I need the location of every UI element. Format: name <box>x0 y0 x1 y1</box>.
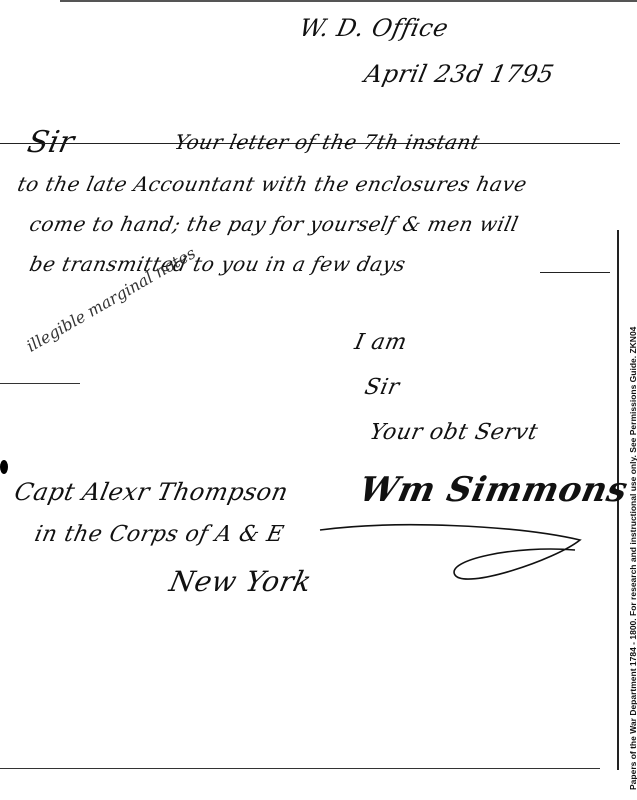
closing-line-2: Sir <box>362 375 401 400</box>
closing-line-1: I am <box>352 330 409 355</box>
body-line-4: be transmitted to you in a few days <box>27 252 408 276</box>
document-page: W. D. Office April 23d 1795 Sir Your let… <box>0 0 637 800</box>
addressee-line-1: Capt Alexr Thompson <box>12 478 291 506</box>
body-line-3: come to hand; the pay for yourself & men… <box>27 212 520 236</box>
heading-date: April 23d 1795 <box>362 60 557 88</box>
signature-flourish <box>315 520 595 600</box>
page-bottom-edge <box>0 768 600 769</box>
heading-office: W. D. Office <box>297 14 451 42</box>
page-top-edge <box>60 0 637 2</box>
page-left-fold-mark <box>0 383 80 384</box>
line-end-dash <box>540 272 610 273</box>
body-line-2: to the late Accountant with the enclosur… <box>15 172 529 196</box>
closing-line-3: Your obt Servt <box>367 420 540 445</box>
body-line-1: Your letter of the 7th instant <box>172 130 482 154</box>
archive-watermark: Papers of the War Department 1784 - 1800… <box>628 327 637 790</box>
addressee-line-2: in the Corps of A & E <box>32 522 286 547</box>
ink-blot <box>0 460 8 474</box>
addressee-line-3: New York <box>166 565 314 598</box>
signature: Wm Simmons <box>356 470 631 510</box>
